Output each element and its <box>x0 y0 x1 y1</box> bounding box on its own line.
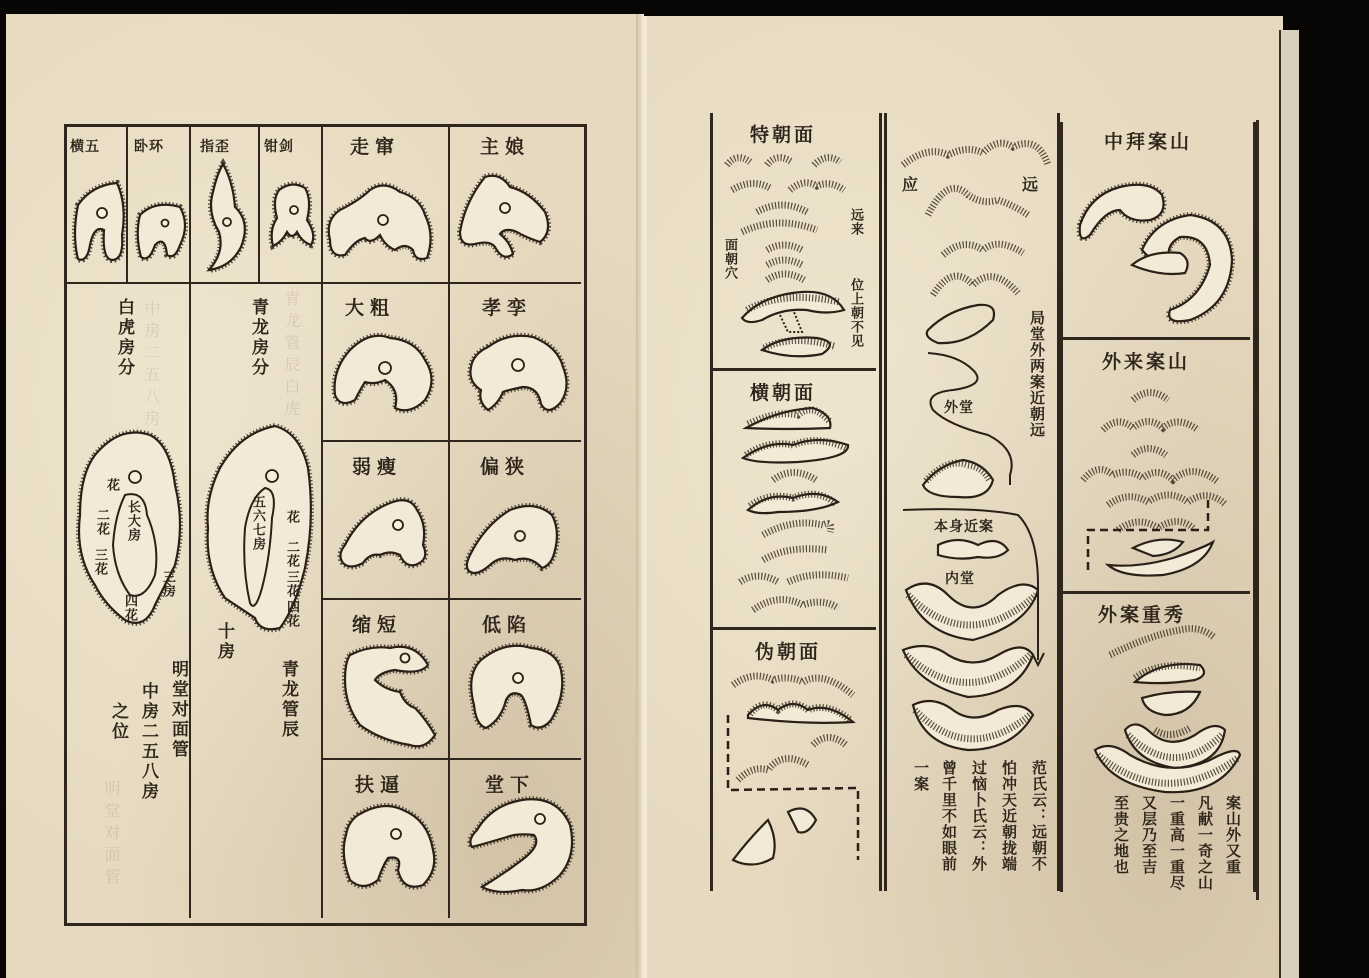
note-fan-shi-4: 曾千里不如眼前 <box>940 760 958 872</box>
label-tang-xia: 堂下 <box>485 770 535 797</box>
landform-shape <box>462 795 577 895</box>
landform-shape <box>325 180 445 265</box>
note-fan-shi-2: 怕冲天近朝拢端 <box>1000 760 1018 872</box>
panel-divider <box>1062 591 1250 594</box>
label-suo-duan: 缩短 <box>352 610 402 637</box>
white-tiger-side-label: 花 <box>104 478 119 492</box>
mountains-horizontal-facing <box>738 400 863 620</box>
landform-shape <box>330 330 440 420</box>
title-special-facing: 特朝面 <box>750 120 816 147</box>
mountains-outer-table-layered <box>1090 620 1250 795</box>
mountains-col2-lower <box>898 505 1048 745</box>
note-layered-1: 案山外又重 <box>1224 795 1242 875</box>
note-bright-hall: 明堂对面管 <box>168 660 188 760</box>
landform-shape <box>203 162 248 272</box>
label-fu-bi: 扶逼 <box>355 770 405 797</box>
note-layered-3: 一重高一重尽 <box>1168 795 1186 891</box>
mountains-outer-table <box>1078 370 1238 585</box>
landform-shape <box>267 180 317 252</box>
note-layered-5: 至贵之地也 <box>1112 795 1130 875</box>
landform-shape <box>340 640 440 755</box>
landform-shape <box>135 195 190 265</box>
panel-divider <box>1062 337 1250 340</box>
landform-shape <box>72 175 127 270</box>
note-position: 之位 <box>108 702 128 742</box>
white-tiger-inner-label: 长大房 <box>125 500 140 542</box>
white-tiger-side-label: 二花 <box>94 508 109 536</box>
label-wo-huan: 卧环 <box>134 136 164 156</box>
green-dragon-inner-label: 五六七房 <box>250 495 265 551</box>
green-dragon-side-label: 四花 <box>284 600 299 628</box>
label-xiao-luan: 孝孪 <box>482 293 532 320</box>
note-layered-2: 凡献一奇之山 <box>1196 795 1214 891</box>
mountains-col2-upper <box>898 125 1053 505</box>
white-tiger-side-label: 三花 <box>92 548 107 576</box>
white-tiger-side-label: 四花 <box>122 594 137 622</box>
green-dragon-side-label: 二花 <box>284 540 299 568</box>
title-false-facing: 伪朝面 <box>755 637 821 664</box>
green-dragon-bottom-label: 十房 <box>214 622 234 662</box>
label-ruo-shou: 弱瘦 <box>352 452 402 479</box>
landform-shape <box>460 500 565 582</box>
note-fan-shi-5: 一案 <box>912 760 930 792</box>
label-inner-hall: 内堂 <box>945 568 975 588</box>
landform-shape <box>335 495 435 575</box>
label-zhu-niang: 主娘 <box>480 132 530 159</box>
serpentine-table-mountain <box>1070 165 1240 325</box>
label-near-table: 本身近案 <box>934 516 994 536</box>
green-dragon-side-label: 花 <box>284 510 299 524</box>
label-heng-wu: 横五 <box>70 136 100 156</box>
label-outer-hall: 外堂 <box>944 397 974 417</box>
margin-rule <box>1256 120 1259 900</box>
note-fan-shi-3: 过恼卜氏云：外 <box>970 760 988 872</box>
label-da-cu: 大粗 <box>345 293 395 320</box>
green-dragon-title: 青龙房分 <box>248 298 268 378</box>
white-tiger-title: 白虎房分 <box>114 298 134 378</box>
white-tiger-side-label: 三房 <box>160 570 175 598</box>
note-green-dragon: 青龙管辰 <box>278 660 298 740</box>
page-edge <box>1279 30 1299 978</box>
landform-shape <box>455 172 555 267</box>
green-dragon-side-label: 三花 <box>284 570 299 598</box>
landform-shape <box>463 332 573 422</box>
label-di-xian: 低陷 <box>482 610 532 637</box>
label-qian-jian: 钳剑 <box>264 136 294 156</box>
title-central-table-mountain: 中拜案山 <box>1104 127 1192 154</box>
note-fan-shi-1: 范氏云：远朝不 <box>1030 760 1048 872</box>
mountains-special-facing <box>722 150 852 360</box>
label-pian-xia: 偏狭 <box>480 452 530 479</box>
label-zhi-wai: 指歪 <box>200 136 230 156</box>
panel-divider <box>712 627 876 630</box>
landform-shape <box>338 800 438 895</box>
landform-shape <box>466 640 566 740</box>
note-layered-4: 又层乃至吉 <box>1140 795 1158 875</box>
note-middle-rooms: 中房二五八房 <box>138 682 158 802</box>
label-zou-cuan: 走窜 <box>350 132 400 159</box>
mountains-false-facing <box>728 670 863 880</box>
panel-divider <box>712 368 876 371</box>
